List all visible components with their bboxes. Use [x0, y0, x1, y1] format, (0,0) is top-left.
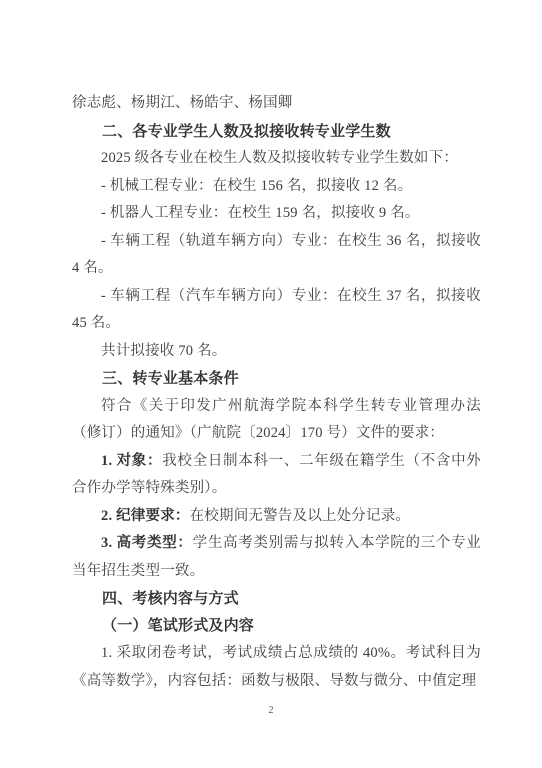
section2-heading: 二、各专业学生人数及拟接收转专业学生数 — [72, 118, 481, 146]
major-item-vehicle-rail: - 车辆工程（轨道车辆方向）专业：在校生 36 名，拟接收 4 名。 — [72, 228, 481, 283]
major-item-mechanical: - 机械工程专业：在校生 156 名，拟接收 12 名。 — [72, 173, 481, 201]
condition-item-target: 1. 对象：我校全日制本科一、二年级在籍学生（不含中外合作办学等特殊类别）。 — [72, 448, 481, 503]
condition-item-gaokao-label: 3. 高考类型： — [101, 535, 193, 551]
section3-heading: 三、转专业基本条件 — [72, 365, 481, 393]
section3-intro: 符合《关于印发广州航海学院本科学生转专业管理办法（修订）的通知》（广航院〔202… — [72, 393, 481, 448]
page-number: 2 — [0, 705, 542, 716]
condition-item-discipline-label: 2. 纪律要求： — [101, 508, 190, 524]
section4-para1: 1. 采取闭卷考试，考试成绩占总成绩的 40%。考试科目为《高等数学》，内容包括… — [72, 640, 481, 695]
condition-item-discipline-text: 在校期间无警告及以上处分记录。 — [190, 508, 411, 524]
section4-heading: 四、考核内容与方式 — [72, 585, 481, 613]
continuation-line-names: 徐志彪、杨期江、杨皓宇、杨国卿 — [72, 90, 481, 118]
condition-item-discipline: 2. 纪律要求：在校期间无警告及以上处分记录。 — [72, 503, 481, 531]
section2-total: 共计拟接收 70 名。 — [72, 338, 481, 366]
section4-sub1-heading: （一）笔试形式及内容 — [72, 613, 481, 641]
condition-item-gaokao: 3. 高考类型：学生高考类别需与拟转入本学院的三个专业当年招生类型一致。 — [72, 530, 481, 585]
major-item-robotics: - 机器人工程专业：在校生 159 名，拟接收 9 名。 — [72, 200, 481, 228]
section2-intro: 2025 级各专业在校生人数及拟接收转专业学生数如下： — [72, 145, 481, 173]
major-item-vehicle-auto: - 车辆工程（汽车车辆方向）专业：在校生 37 名，拟接收 45 名。 — [72, 283, 481, 338]
condition-item-target-label: 1. 对象： — [101, 453, 162, 469]
document-page: 徐志彪、杨期江、杨皓宇、杨国卿 二、各专业学生人数及拟接收转专业学生数 2025… — [0, 0, 542, 768]
document-body: 徐志彪、杨期江、杨皓宇、杨国卿 二、各专业学生人数及拟接收转专业学生数 2025… — [72, 90, 481, 695]
